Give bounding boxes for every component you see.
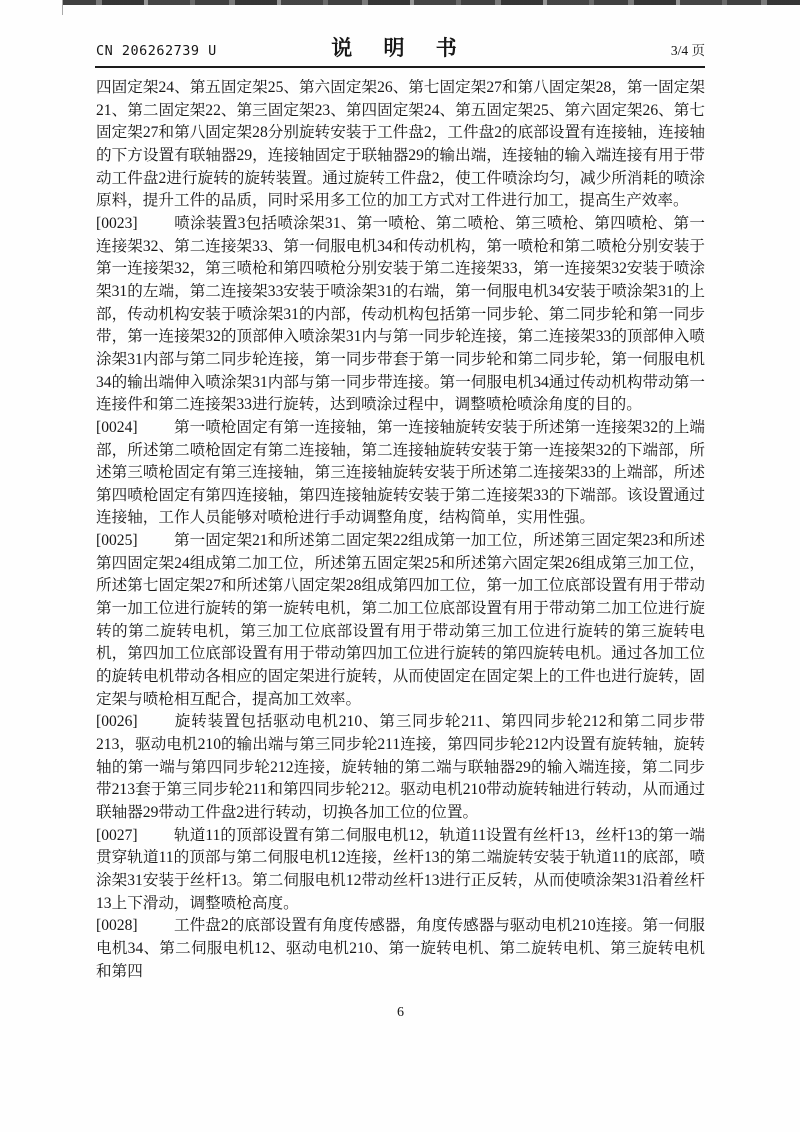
paragraph-text: 喷涂装置3包括喷涂架31、第一喷枪、第二喷枪、第三喷枪、第四喷枪、第一连接架32… <box>96 215 705 413</box>
scan-artifact-bar <box>62 0 800 5</box>
paragraph-0027: [0027]轨道11的顶部设置有第二伺服电机12，轨道11设置有丝杆13，丝杆1… <box>96 825 705 916</box>
paragraph-continuation: 四固定架24、第五固定架25、第六固定架26、第七固定架27和第八固定架28，第… <box>96 77 705 213</box>
paragraph-0028: [0028]工件盘2的底部设置有角度传感器，角度传感器与驱动电机210连接。第一… <box>96 915 705 983</box>
paragraph-number: [0023] <box>96 213 174 236</box>
page-header: CN 206262739 U 说 明 书 3/4 页 <box>96 32 705 64</box>
paragraph-number: [0026] <box>96 711 174 734</box>
paragraph-0024: [0024]第一喷枪固定有第一连接轴，第一连接轴旋转安装于所述第一连接架32的上… <box>96 417 705 530</box>
paragraph-text: 轨道11的顶部设置有第二伺服电机12，轨道11设置有丝杆13，丝杆13的第一端贯… <box>96 827 705 912</box>
paragraph-0025: [0025]第一固定架21和所述第二固定架22组成第一加工位，所述第三固定架23… <box>96 530 705 711</box>
paragraph-text: 第一喷枪固定有第一连接轴，第一连接轴旋转安装于所述第一连接架32的上端部，所述第… <box>96 419 705 527</box>
paragraph-number: [0024] <box>96 417 174 440</box>
document-title: 说 明 书 <box>331 32 470 62</box>
scan-artifact-tick <box>62 0 63 15</box>
paragraph-text: 工件盘2的底部设置有角度传感器，角度传感器与驱动电机210连接。第一伺服电机34… <box>96 917 705 979</box>
paragraph-number: [0025] <box>96 530 174 553</box>
header-divider <box>95 66 705 68</box>
paragraph-0026: [0026]旋转装置包括驱动电机210、第三同步轮211、第四同步轮212和第二… <box>96 711 705 824</box>
paragraph-0023: [0023]喷涂装置3包括喷涂架31、第一喷枪、第二喷枪、第三喷枪、第四喷枪、第… <box>96 213 705 417</box>
paragraph-text: 第一固定架21和所述第二固定架22组成第一加工位，所述第三固定架23和所述第四固… <box>96 532 705 708</box>
page-indicator: 3/4 页 <box>671 39 705 59</box>
patent-specification-page: CN 206262739 U 说 明 书 3/4 页 四固定架24、第五固定架2… <box>0 0 800 1132</box>
paragraph-number: [0028] <box>96 915 174 938</box>
paragraph-text: 旋转装置包括驱动电机210、第三同步轮211、第四同步轮212和第二同步带213… <box>96 713 705 821</box>
body-text: 四固定架24、第五固定架25、第六固定架26、第七固定架27和第八固定架28，第… <box>96 77 705 983</box>
paragraph-number: [0027] <box>96 825 174 848</box>
paragraph-text: 四固定架24、第五固定架25、第六固定架26、第七固定架27和第八固定架28，第… <box>96 79 705 209</box>
page-number: 6 <box>96 1005 705 1021</box>
document-number: CN 206262739 U <box>96 43 217 59</box>
